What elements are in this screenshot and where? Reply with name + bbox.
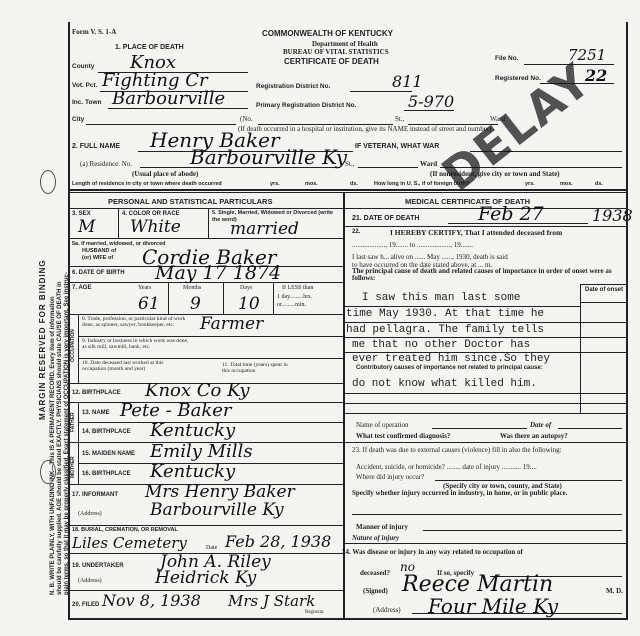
age-years-value[interactable]: 61	[138, 294, 160, 314]
last-saw-text: I last saw h... alive on ...... May ....…	[352, 253, 508, 261]
burial-place-value[interactable]: Liles Cemetery	[72, 534, 187, 552]
date-of-death-year[interactable]: 1938	[592, 206, 633, 225]
cause-line-4[interactable]: me that no other Doctor has	[352, 339, 530, 351]
residence-street-label: St.,	[345, 160, 354, 168]
contributory-line[interactable]: do not know what killed him.	[352, 378, 537, 390]
punch-hole	[40, 460, 56, 484]
mother-name-value[interactable]: Emily Mills	[150, 441, 253, 462]
burial-date-value[interactable]: Feb 28, 1938	[225, 532, 331, 551]
length-of-residence-label: Length of residence in city or town wher…	[72, 181, 222, 187]
registrar-signature[interactable]: Mrs J Stark	[228, 592, 315, 610]
father-birthplace-label: 14. BIRTHPLACE	[82, 429, 131, 435]
age-label: 7. AGE	[72, 285, 91, 291]
marital-value[interactable]: married	[230, 219, 299, 239]
deceased-label: deceased?	[360, 569, 390, 577]
informant-address-label: (Address)	[78, 511, 102, 517]
bureau-label: BUREAU OF VITAL STATISTICS	[283, 48, 389, 56]
informant-address-value[interactable]: Barbourville Ky	[150, 500, 284, 520]
months-label: Months	[183, 285, 201, 291]
us-ds-label: ds.	[595, 181, 603, 187]
manner-label: Manner of injury	[356, 523, 408, 531]
department-label: Department of Health	[312, 40, 378, 48]
color-value[interactable]: White	[130, 217, 181, 237]
full-name-label: 2. FULL NAME	[72, 143, 120, 150]
sex-value[interactable]: M	[78, 217, 95, 237]
certify-number: 22.	[352, 229, 360, 235]
nature-label: Nature of injury	[352, 534, 399, 542]
industry-home-label: Specify whether injury occurred in indus…	[352, 490, 622, 497]
personal-section-title: PERSONAL AND STATISTICAL PARTICULARS	[108, 197, 272, 206]
margin-instruction-line-1: N. B. WRITE PLAINLY, WITH UNFADING INK—T…	[50, 296, 56, 595]
father-name-value[interactable]: Pete - Baker	[120, 400, 232, 421]
total-time-label: 11. Total time (years) spent in this occ…	[222, 362, 292, 374]
signed-label: (Signed)	[363, 587, 388, 595]
cause-line-5[interactable]: ever treated him since.So they	[352, 353, 550, 365]
occupation-side-label: OCCUPATION	[70, 329, 76, 362]
certificate-title: CERTIFICATE OF DEATH	[284, 57, 379, 66]
where-injury-label: Where did injury occur?	[356, 473, 424, 481]
primary-registration-label: Primary Registration District No.	[256, 102, 356, 109]
registration-district-value[interactable]: 811	[392, 72, 423, 91]
informant-value[interactable]: Mrs Henry Baker	[145, 482, 295, 502]
dob-label: 6. DATE OF BIRTH	[72, 270, 125, 276]
less-than-label: If LESS than	[282, 285, 313, 291]
occupation-question: 24. Was disease or injury in any way rel…	[342, 548, 523, 556]
filed-value[interactable]: Nov 8, 1938	[102, 591, 201, 610]
usual-abode-label: (Usual place of abode)	[132, 170, 198, 178]
external-causes-label: 23. If death was due to external causes …	[352, 447, 624, 454]
file-no-label: File No.	[495, 55, 518, 62]
age-days-value[interactable]: 10	[238, 294, 260, 314]
street-label: St.,	[395, 115, 404, 123]
father-side-label: FATHER	[70, 412, 76, 432]
us-mos-label: mos.	[560, 181, 573, 187]
less-than-min: or.........min.	[277, 302, 306, 308]
mother-birthplace-label: 16. BIRTHPLACE	[82, 471, 131, 477]
birthplace-value[interactable]: Knox Co Ky	[145, 380, 250, 401]
inc-town-value[interactable]: Barbourville	[112, 88, 225, 109]
us-yrs-label: yrs.	[525, 181, 535, 187]
commonwealth-title: COMMONWEALTH OF KENTUCKY	[262, 29, 393, 38]
spouse-label-2: HUSBAND of	[82, 248, 116, 254]
cause-line-2[interactable]: time May 1930. At that time he	[346, 308, 544, 320]
street-no-label: (No.	[240, 115, 253, 123]
trade-value[interactable]: Farmer	[200, 314, 263, 334]
primary-registration-value[interactable]: 5-970	[408, 92, 454, 111]
industry-label: 9. Industry or business in which work wa…	[82, 338, 192, 350]
undertaker-label: 19. UNDERTAKER	[72, 563, 124, 569]
years-label: Years	[138, 285, 151, 291]
father-name-label: 13. NAME	[82, 410, 110, 416]
burial-label: 18. BURIAL, CREMATION, OR REMOVAL	[72, 527, 178, 533]
birthplace-label: 12. BIRTHPLACE	[72, 390, 121, 396]
trade-label: 8. Trade, profession, or particular kind…	[82, 316, 192, 328]
margin-instruction-line-2: should be carefully supplied. AGE should…	[57, 282, 63, 596]
father-birthplace-value[interactable]: Kentucky	[150, 420, 235, 441]
certify-text: I HEREBY CERTIFY, That I attended deceas…	[390, 228, 562, 237]
burial-date-label: Date	[206, 545, 217, 551]
attended-from-to: ..................., 19....... to ......…	[352, 241, 473, 249]
principal-cause-text: The principal cause of death and related…	[352, 268, 622, 282]
form-number: Form V. S. 1-A	[72, 28, 116, 36]
accident-label: Accident, suicide, or homicide? ........…	[356, 463, 537, 471]
mother-birthplace-value[interactable]: Kentucky	[150, 461, 235, 482]
registrar-label: Registrar.	[305, 610, 324, 615]
residence-label: (a) Residence. No.	[80, 160, 132, 168]
date-of-death-label: 21. DATE OF DEATH	[352, 215, 419, 222]
residence-mos-label: mos.	[305, 181, 318, 187]
city-label: City	[72, 116, 84, 123]
less-than-day: 1 day.........hrs.	[277, 294, 312, 300]
date-of-death-value[interactable]: Feb 27	[478, 203, 544, 225]
mother-name-label: 15. MAIDEN NAME	[82, 451, 135, 457]
cause-line-3[interactable]: had pellagra. The family tells	[346, 324, 544, 336]
physician-address[interactable]: Four Mile Ky	[428, 594, 558, 618]
contributory-label: Contributory causes of importance not re…	[356, 365, 571, 372]
punch-hole	[40, 170, 56, 194]
test-label: What test confirmed diagnosis?	[356, 432, 450, 440]
registration-district-label: Registration District No.	[256, 83, 330, 90]
informant-label: 17. INFORMANT	[72, 492, 118, 498]
autopsy-label: Was there an autopsy?	[500, 432, 568, 440]
filed-label: 20. FILED	[72, 602, 99, 608]
place-of-death-label: 1. PLACE OF DEATH	[115, 44, 184, 51]
spouse-label-3: (or) WIFE of	[82, 255, 113, 261]
address-label: (Address)	[373, 606, 401, 614]
undertaker-address-label: (Address)	[78, 578, 102, 584]
days-label: Days	[240, 285, 252, 291]
inc-town-label: Inc. Town	[72, 99, 102, 106]
margin-reserved-text: MARGIN RESERVED FOR BINDING	[38, 259, 47, 420]
residence-value[interactable]: Barbourville Ky	[190, 145, 347, 169]
residence-ds-label: ds.	[350, 181, 358, 187]
vot-pct-label: Vot. Pct.	[72, 82, 98, 89]
undertaker-address-value[interactable]: Heidrick Ky	[155, 568, 256, 588]
mother-side-label: MOTHER	[70, 456, 76, 478]
date-of-onset-label: Date of onset	[584, 287, 624, 293]
residence-yrs-label: yrs.	[270, 181, 280, 187]
md-label: M. D.	[606, 587, 623, 595]
cause-line-1[interactable]: I saw this man last some	[362, 292, 520, 304]
last-worked-label: 10. Date deceased last worked at this oc…	[82, 360, 182, 372]
operation-label: Name of operation	[356, 421, 408, 429]
veteran-label: IF VETERAN, WHAT WAR	[355, 143, 439, 150]
dob-value[interactable]: May 17 1874	[155, 262, 281, 284]
age-months-value[interactable]: 9	[190, 294, 201, 314]
county-label: County	[72, 63, 94, 70]
operation-date-label: Date of	[530, 421, 551, 429]
